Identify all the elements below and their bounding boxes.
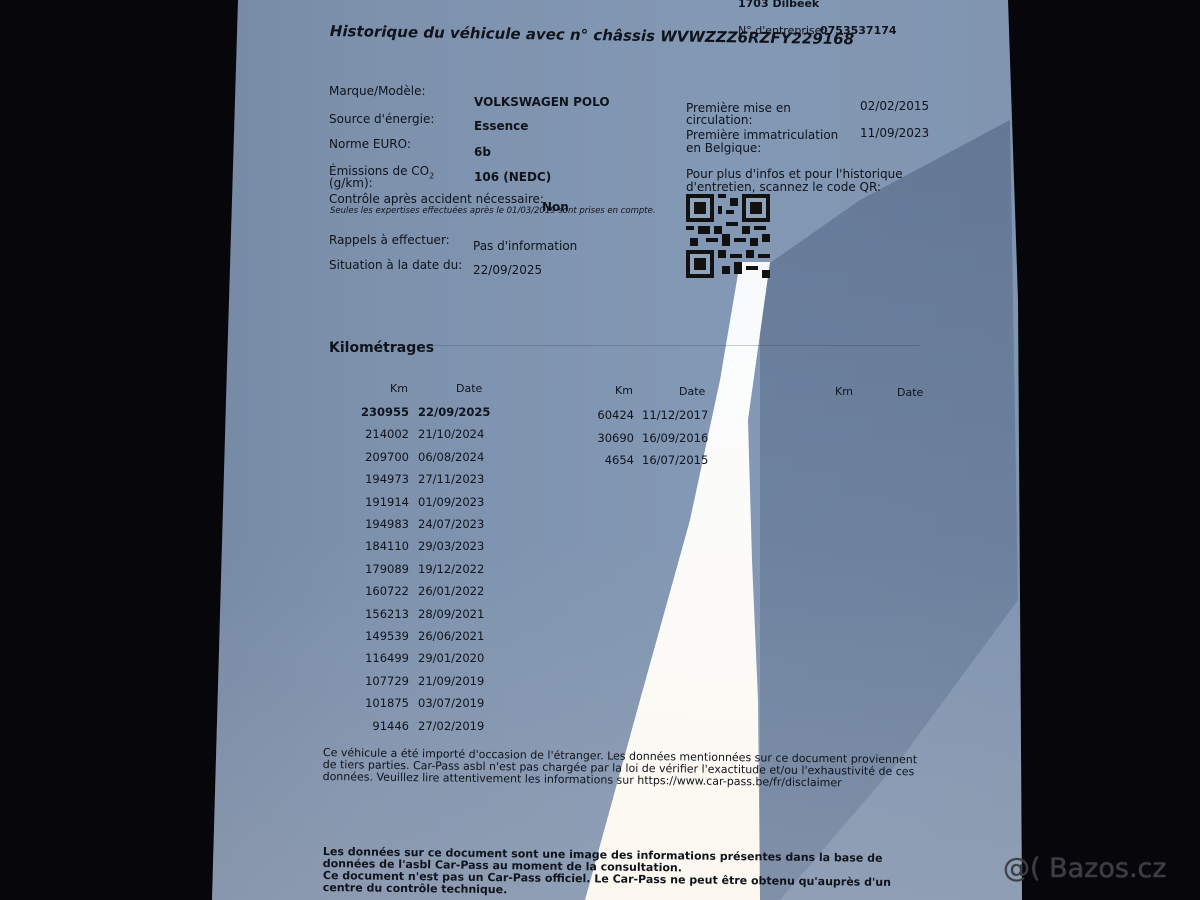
- mileage-date: 21/10/2024: [418, 427, 484, 441]
- mileage-km: 230955: [349, 405, 409, 419]
- label-first-circulation-2: circulation:: [686, 113, 753, 127]
- mileage-date: 16/07/2015: [642, 453, 708, 467]
- value-first-circulation: 02/02/2015: [860, 99, 929, 113]
- value-first-belgium: 11/09/2023: [860, 126, 929, 140]
- col1-km-header: Km: [390, 382, 408, 395]
- value-euro-norm: 6b: [474, 145, 491, 159]
- label-first-belgium: Première immatriculation: [686, 128, 838, 142]
- mileage-km: 116499: [349, 651, 409, 665]
- label-co2-unit: (g/km):: [329, 176, 373, 190]
- mileage-km: 101875: [349, 696, 409, 710]
- qr-instruction-2: d'entretien, scannez le code QR:: [686, 180, 881, 194]
- mileage-date: 19/12/2022: [418, 562, 484, 576]
- mileage-date: 22/09/2025: [418, 405, 490, 419]
- mileage-date: 16/09/2016: [642, 431, 708, 445]
- disclaimer-not-official: Ce document n'est pas un Car-Pass offici…: [323, 870, 923, 900]
- qr-instruction-1: Pour plus d'infos et pour l'historique: [686, 167, 903, 181]
- value-situation-date: 22/09/2025: [473, 263, 542, 277]
- mileage-km: 30690: [574, 431, 634, 445]
- mileage-date: 24/07/2023: [418, 517, 484, 531]
- label-accident-check: Contrôle après accident nécessaire:: [329, 192, 544, 206]
- value-brand-model: VOLKSWAGEN POLO: [474, 95, 610, 109]
- label-euro-norm: Norme EURO:: [329, 137, 411, 151]
- value-energy: Essence: [474, 119, 528, 133]
- mileage-km: 91446: [349, 719, 409, 733]
- mileage-date: 01/09/2023: [418, 495, 484, 509]
- mileage-date: 11/12/2017: [642, 408, 708, 422]
- col3-km-header: Km: [835, 385, 853, 398]
- label-energy: Source d'énergie:: [329, 112, 434, 126]
- mileage-date: 26/01/2022: [418, 584, 484, 598]
- mileage-date: 03/07/2019: [418, 696, 484, 710]
- mileage-km: 149539: [349, 629, 409, 643]
- mileage-km: 194983: [349, 517, 409, 531]
- import-notice: Ce véhicule a été importé d'occasion de …: [323, 747, 923, 790]
- col3-date-header: Date: [897, 386, 923, 399]
- value-recalls: Pas d'information: [473, 239, 577, 253]
- mileage-km: 156213: [349, 607, 409, 621]
- mileage-section-title: Kilométrages: [329, 340, 434, 356]
- value-co2: 106 (NEDC): [474, 170, 551, 184]
- col2-km-header: Km: [615, 384, 633, 397]
- label-situation-date: Situation à la date du:: [329, 258, 462, 272]
- col1-date-header: Date: [456, 382, 482, 395]
- mileage-km: 214002: [349, 427, 409, 441]
- mileage-km: 107729: [349, 674, 409, 688]
- label-brand-model: Marque/Modèle:: [329, 84, 426, 98]
- qr-code-icon[interactable]: [686, 194, 770, 278]
- mileage-km: 191914: [349, 495, 409, 509]
- mileage-date: 29/03/2023: [418, 539, 484, 553]
- mileage-km: 160722: [349, 584, 409, 598]
- mileage-km: 60424: [574, 408, 634, 422]
- header-address: 1703 Dilbeek: [738, 0, 819, 10]
- mileage-date: 21/09/2019: [418, 674, 484, 688]
- mileage-date: 06/08/2024: [418, 450, 484, 464]
- carpass-document: 1703 Dilbeek N° d'entreprise: 0753537174…: [0, 0, 1200, 900]
- bazos-watermark: @( Bazos.cz: [1003, 853, 1167, 884]
- label-first-belgium-2: en Belgique:: [686, 141, 761, 155]
- mileage-date: 28/09/2021: [418, 607, 484, 621]
- mileage-km: 179089: [349, 562, 409, 576]
- accident-note: Seules les expertises effectuées après l…: [330, 206, 656, 216]
- col2-date-header: Date: [679, 385, 705, 398]
- mileage-date: 26/06/2021: [418, 629, 484, 643]
- mileage-date: 27/11/2023: [418, 472, 484, 486]
- mileage-km: 194973: [349, 472, 409, 486]
- mileage-km: 209700: [349, 450, 409, 464]
- mileage-km: 4654: [574, 453, 634, 467]
- mileage-km: 184110: [349, 539, 409, 553]
- mileage-date: 27/02/2019: [418, 719, 484, 733]
- mileage-date: 29/01/2020: [418, 651, 484, 665]
- label-recalls: Rappels à effectuer:: [329, 233, 450, 247]
